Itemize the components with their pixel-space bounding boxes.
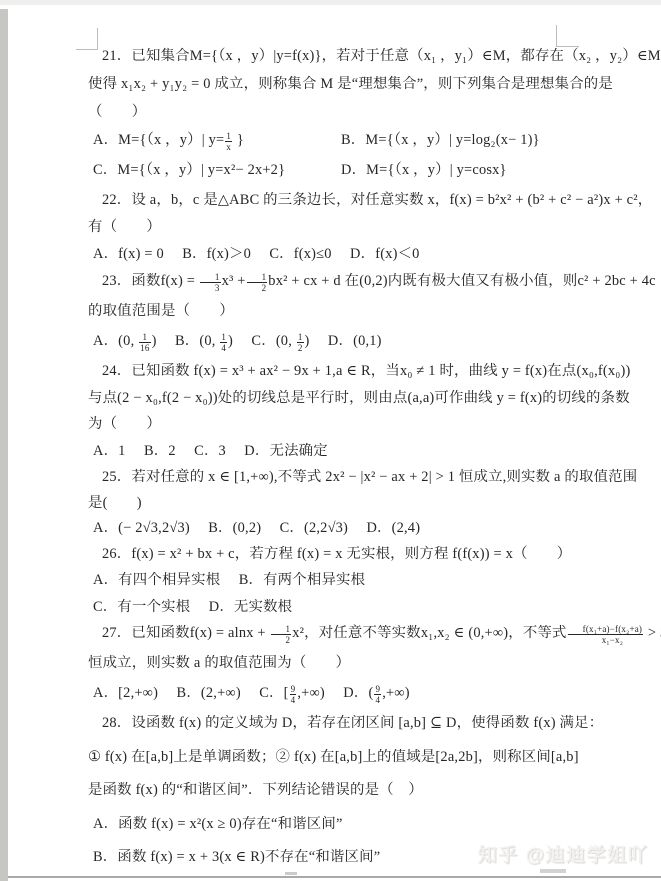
- math-text: 是函数 f(x) 的“和谐区间”．下列结论错误的是（ ）: [88, 782, 423, 798]
- fraction: 116: [139, 333, 150, 354]
- page-break-tick-left: [285, 872, 297, 875]
- question-line: 是( ): [88, 493, 661, 519]
- page-bottom-edge: [8, 876, 661, 878]
- math-text: A．有四个相异实根 B．有两个相异实根: [93, 572, 365, 588]
- fraction: f(x₁+a)−f(x₂+a)x₁−x₂: [568, 625, 643, 646]
- math-text: 21．已知集合M={（x ，y）|y=f(x)}，若对于任意（x₁ ，y₁）∈M…: [102, 48, 661, 64]
- option-column: A．M={（x ，y）| y=1x }: [93, 130, 341, 153]
- math-text: 为（ ）: [88, 416, 161, 432]
- math-text: 是( ): [88, 495, 142, 511]
- question-line: （ ）: [88, 102, 661, 130]
- math-text: bx² + cx + d 在(0,2)内既有极大值又有极小值，则c² + 2bc…: [268, 273, 655, 289]
- math-text: B．函数 f(x) = x + 3(x ∈ R)不存在“和谐区间”: [93, 849, 380, 865]
- question-line: 为（ ）: [88, 414, 661, 441]
- math-text: ) D．(0,1): [305, 333, 382, 349]
- question-27: 27．已知函数f(x) = alnx + 12x²，对任意不等实数x₁,x₂ ∈…: [88, 623, 661, 713]
- fraction: 94: [290, 685, 297, 706]
- math-text: ① f(x) 在[a,b]上是单调函数；② f(x) 在[a,b]上的值域是[2…: [88, 749, 579, 765]
- question-line: 的取值范围是（ ）: [88, 301, 661, 331]
- math-text: }: [233, 132, 244, 148]
- zhihu-watermark: 知乎 @迪迪学姐吖: [478, 840, 648, 867]
- question-line: 24．已知函数 f(x) = x³ + ax² − 9x + 1,a ∈ R，当…: [88, 361, 661, 388]
- question-line: A．[2,+∞) B．(2,+∞) C．[94,+∞) D．(94,+∞): [88, 683, 661, 713]
- math-text: ) C．(0,: [228, 333, 296, 349]
- math-text: C．有一个实根 D．无实数根: [93, 599, 292, 615]
- question-23: 23．函数f(x) = 13x³ +12bx² + cx + d 在(0,2)内…: [88, 271, 661, 361]
- fraction: 1x: [225, 132, 232, 153]
- question-line: 26．f(x) = x² + bx + c，若方程 f(x) = x 无实根，则…: [88, 544, 661, 571]
- fraction: 12: [247, 273, 268, 294]
- question-24: 24．已知函数 f(x) = x³ + ax² − 9x + 1,a ∈ R，当…: [88, 361, 661, 467]
- question-line: ① f(x) 在[a,b]上是单调函数；② f(x) 在[a,b]上的值域是[2…: [88, 747, 661, 781]
- math-text: 24．已知函数 f(x) = x³ + ax² − 9x + 1,a ∈ R，当…: [102, 363, 630, 379]
- math-text: 23．函数f(x) =: [102, 273, 199, 289]
- question-line: A．有四个相异实根 B．有两个相异实根: [88, 570, 661, 597]
- question-line: 是函数 f(x) 的“和谐区间”．下列结论错误的是（ ）: [88, 780, 661, 814]
- math-text: x³ +: [222, 273, 246, 289]
- math-text: 的取值范围是（ ）: [88, 303, 234, 319]
- math-text: A．M={（x ，y）| y=: [93, 132, 224, 148]
- question-line: 与点(2 − x₀,f(2 − x₀))处的切线总是平行时，则由点(a,a)可作…: [88, 388, 661, 415]
- math-text: A．1 B．2 C．3 D．无法确定: [93, 443, 328, 459]
- math-text: D．M={（x ，y）| y=cosx}: [341, 162, 507, 178]
- math-text: 22．设 a，b，c 是△ABC 的三条边长，对任意实数 x，f(x) = b²…: [102, 192, 652, 208]
- math-text: > 3: [644, 625, 661, 641]
- question-line: A．1 B．2 C．3 D．无法确定: [88, 441, 661, 468]
- math-text: ,+∞): [382, 685, 410, 701]
- math-text: A．(0,: [93, 333, 138, 349]
- question-line: 使得 x₁x₂ + y₁y₂ = 0 成立，则称集合 M 是“理想集合”，则下列…: [88, 74, 661, 102]
- question-line: 28．设函数 f(x) 的定义域为 D，若存在闭区间 [a,b] ⊆ D，使得函…: [88, 713, 661, 747]
- question-line: C．M={（x ，y）| y=x²− 2x+2}D．M={（x ，y）| y=c…: [88, 160, 661, 190]
- math-text: x²，对任意不等实数x₁,x₂ ∈ (0,+∞)，不等式: [292, 625, 566, 641]
- math-text: 27．已知函数f(x) = alnx +: [102, 625, 270, 641]
- math-text: 25．若对任意的 x ∈ [1,+∞),不等式 2x² − |x² − ax +…: [102, 469, 637, 485]
- page-break-tick-right: [540, 869, 566, 873]
- math-text: ) B．(0,: [152, 333, 220, 349]
- math-text: B．M={（x ，y）| y=log₂(x− 1)}: [341, 132, 540, 148]
- fraction: 14: [220, 333, 227, 354]
- fraction: 13: [200, 273, 221, 294]
- math-text: ,+∞) D．(: [297, 685, 373, 701]
- math-text: A．f(x) = 0 B．f(x)＞0 C．f(x)≤0 D．f(x)＜0: [93, 246, 420, 262]
- math-text: 有（ ）: [88, 219, 161, 235]
- math-text: A．(− 2√3,2√3) B．(0,2) C．(2,2√3) D．(2,4): [93, 520, 420, 536]
- question-line: 27．已知函数f(x) = alnx + 12x²，对任意不等实数x₁,x₂ ∈…: [88, 623, 661, 653]
- fraction: 94: [374, 685, 381, 706]
- option-column: C．M={（x ，y）| y=x²− 2x+2}: [93, 160, 341, 181]
- question-line: 恒成立，则实数 a 的取值范围为（ ）: [88, 653, 661, 683]
- question-line: A．M={（x ，y）| y=1x }B．M={（x ，y）| y=log₂(x…: [88, 130, 661, 160]
- question-line: 21．已知集合M={（x ，y）|y=f(x)}，若对于任意（x₁ ，y₁）∈M…: [88, 46, 661, 74]
- question-line: 22．设 a，b，c 是△ABC 的三条边长，对任意实数 x，f(x) = b²…: [88, 190, 661, 217]
- math-text: C．M={（x ，y）| y=x²− 2x+2}: [93, 162, 285, 178]
- question-26: 26．f(x) = x² + bx + c，若方程 f(x) = x 无实根，则…: [88, 544, 661, 624]
- question-line: A．(− 2√3,2√3) B．(0,2) C．(2,2√3) D．(2,4): [88, 518, 661, 544]
- option-column: B．M={（x ，y）| y=log₂(x− 1)}: [341, 130, 540, 151]
- question-21: 21．已知集合M={（x ，y）|y=f(x)}，若对于任意（x₁ ，y₁）∈M…: [88, 46, 661, 190]
- math-text: 恒成立，则实数 a 的取值范围为（ ）: [88, 655, 350, 671]
- math-text: （ ）: [88, 104, 146, 120]
- option-column: D．M={（x ，y）| y=cosx}: [341, 160, 507, 181]
- math-text: A．[2,+∞) B．(2,+∞) C．[: [93, 685, 289, 701]
- question-line: A．f(x) = 0 B．f(x)＞0 C．f(x)≤0 D．f(x)＜0: [88, 244, 661, 271]
- question-line: 23．函数f(x) = 13x³ +12bx² + cx + d 在(0,2)内…: [88, 271, 661, 301]
- question-line: 有（ ）: [88, 217, 661, 244]
- fraction: 12: [271, 625, 292, 646]
- exam-questions: 21．已知集合M={（x ，y）|y=f(x)}，若对于任意（x₁ ，y₁）∈M…: [0, 0, 661, 881]
- question-25: 25．若对任意的 x ∈ [1,+∞),不等式 2x² − |x² − ax +…: [88, 467, 661, 544]
- math-text: 26．f(x) = x² + bx + c，若方程 f(x) = x 无实根，则…: [102, 546, 571, 562]
- fraction: 12: [297, 333, 304, 354]
- question-line: A．(0, 116) B．(0, 14) C．(0, 12) D．(0,1): [88, 331, 661, 361]
- math-text: 与点(2 − x₀,f(2 − x₀))处的切线总是平行时，则由点(a,a)可作…: [88, 390, 630, 406]
- question-22: 22．设 a，b，c 是△ABC 的三条边长，对任意实数 x，f(x) = b²…: [88, 190, 661, 271]
- question-line: 25．若对任意的 x ∈ [1,+∞),不等式 2x² − |x² − ax +…: [88, 467, 661, 493]
- math-text: A．函数 f(x) = x²(x ≥ 0)存在“和谐区间”: [93, 816, 343, 832]
- math-text: 使得 x₁x₂ + y₁y₂ = 0 成立，则称集合 M 是“理想集合”，则下列…: [88, 76, 613, 92]
- math-text: 28．设函数 f(x) 的定义域为 D，若存在闭区间 [a,b] ⊆ D，使得函…: [102, 715, 603, 731]
- question-line: C．有一个实根 D．无实数根: [88, 597, 661, 624]
